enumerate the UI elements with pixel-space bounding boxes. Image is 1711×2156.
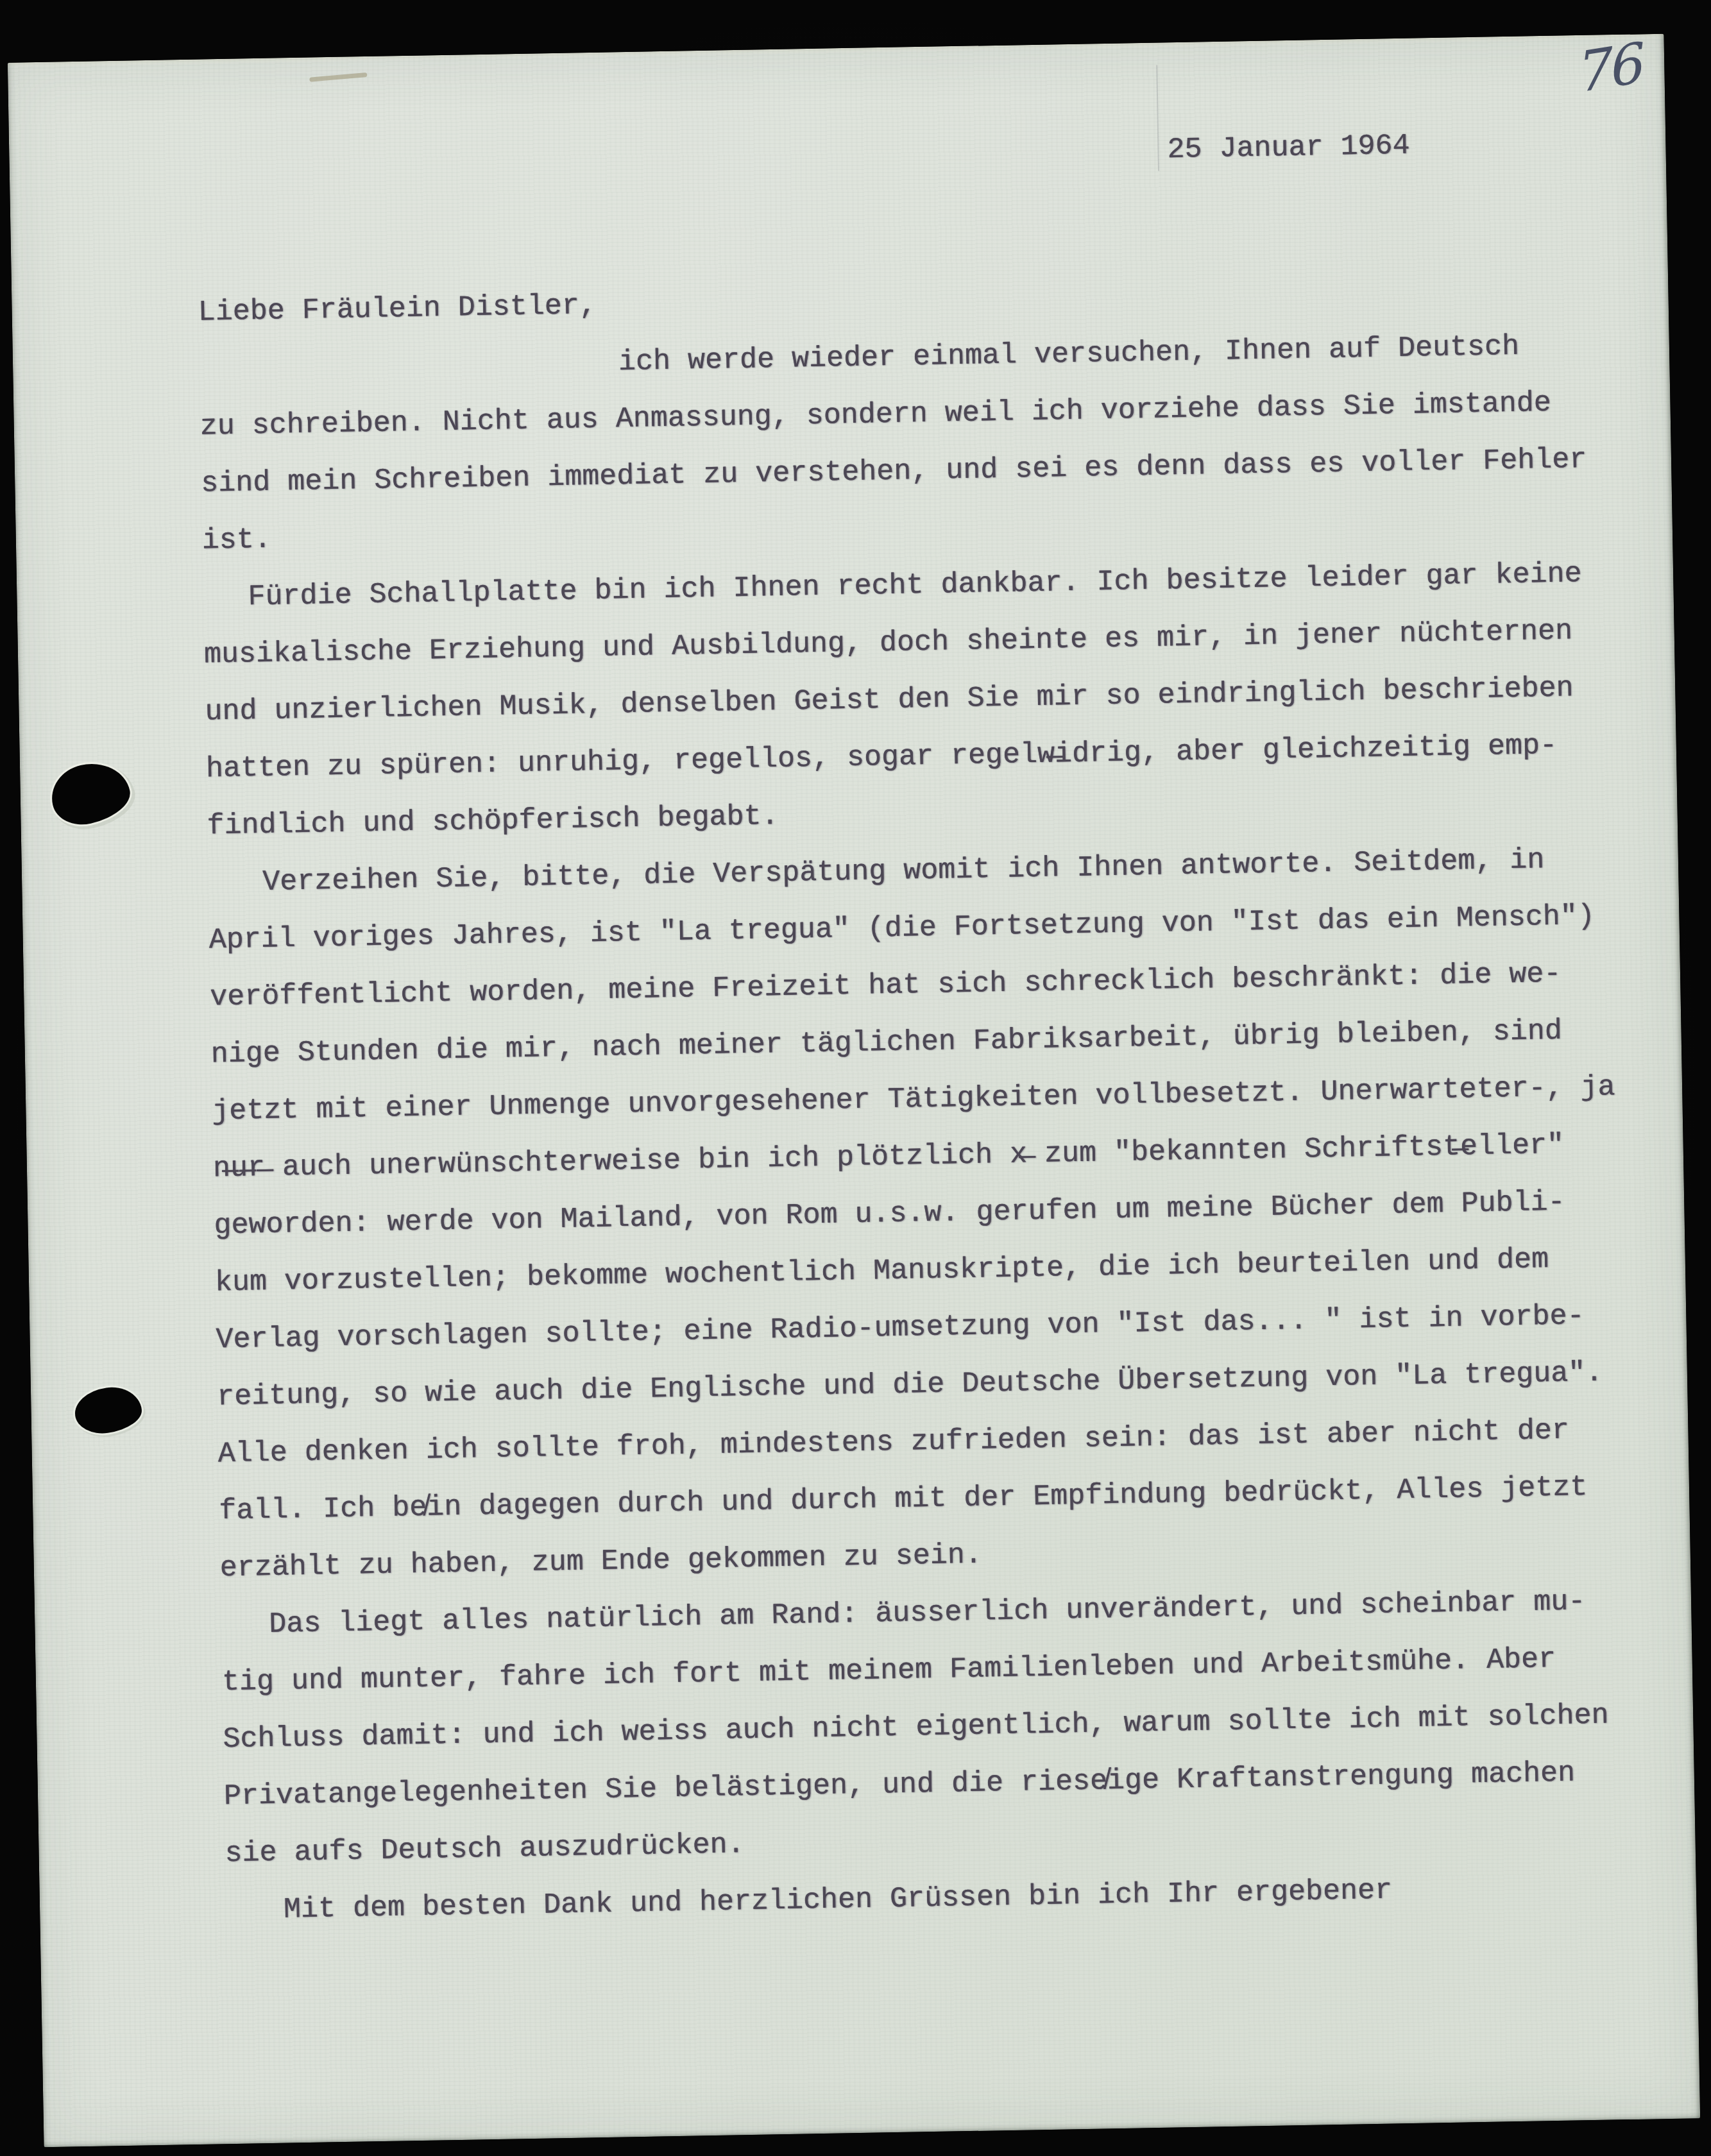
scan-background: 76 25 Januar 1964 Liebe Fräulein Distler… [0, 0, 1711, 2156]
punch-hole-top [46, 756, 135, 831]
letter-page: 76 25 Januar 1964 Liebe Fräulein Distler… [8, 34, 1700, 2148]
paper-edge-mark [309, 72, 367, 82]
punch-hole-bottom [72, 1383, 144, 1437]
page-number-handwritten: 76 [1577, 31, 1644, 105]
letter-body: Liebe Fräulein Distler,ich werde wieder … [198, 259, 1670, 1939]
scan-artifact-line [1156, 65, 1159, 171]
letter-date: 25 Januar 1964 [1167, 130, 1410, 167]
